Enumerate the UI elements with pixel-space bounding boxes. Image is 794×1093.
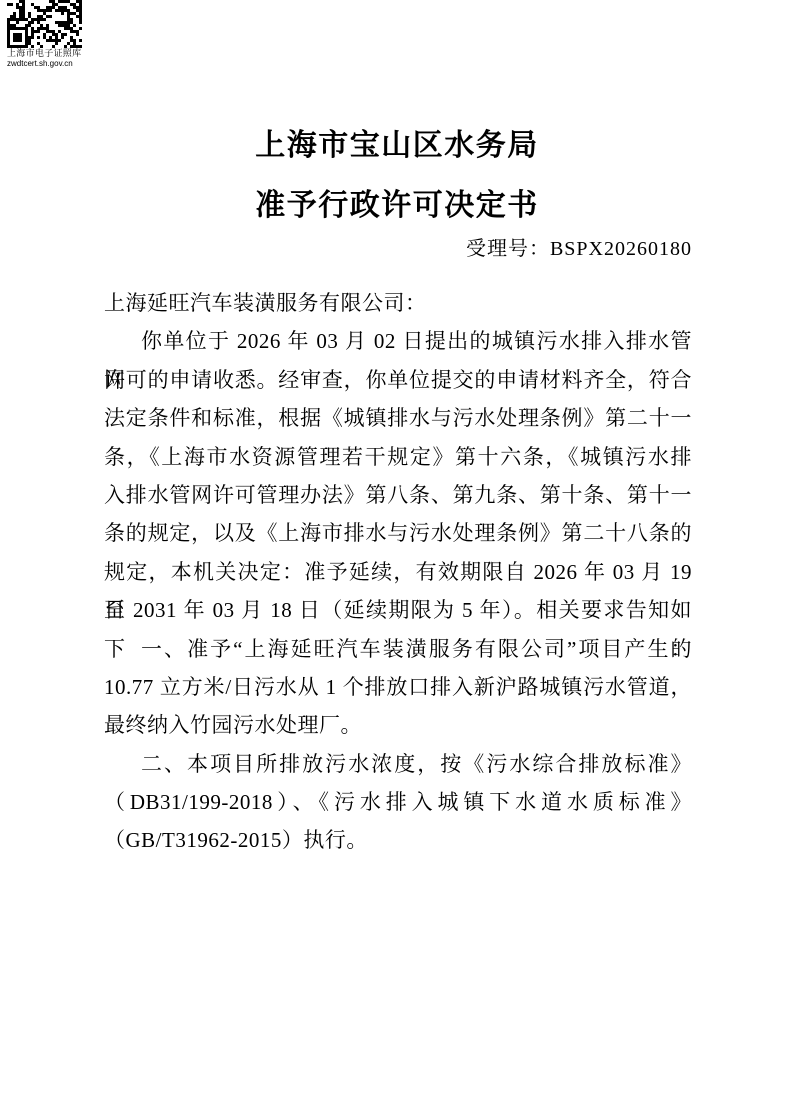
body-line: 法定条件和标准，根据《城镇排水与污水处理条例》第二十一 (104, 399, 692, 437)
body-line-item-2: 二、本项目所排放污水浓度，按《污水综合排放标准》 (104, 745, 692, 783)
body-line: 条的规定，以及《上海市排水与污水处理条例》第二十八条的 (104, 514, 692, 552)
body-line: 规定，本机关决定：准予延续，有效期限自 2026 年 03 月 19 日 (104, 553, 692, 591)
body-line: 入排水管网许可管理办法》第八条、第九条、第十条、第十一 (104, 476, 692, 514)
body-line-salutation: 上海延旺汽车装潢服务有限公司： (104, 284, 692, 322)
body-line: 许可的申请收悉。经审查，你单位提交的申请材料齐全，符合 (104, 361, 692, 399)
document-title-organization: 上海市宝山区水务局 (0, 120, 794, 164)
body-line: 10.77 立方米/日污水从 1 个排放口排入新沪路城镇污水管道， (104, 668, 692, 706)
body-line: （GB/T31962-2015）执行。 (104, 821, 692, 859)
acceptance-number: 受理号：BSPX20260180 (466, 232, 692, 261)
body-line: 你单位于 2026 年 03 月 02 日提出的城镇污水排入排水管网 (104, 322, 692, 360)
qr-caption-text: 上海市电子证照库 (7, 48, 87, 59)
document-body: 上海延旺汽车装潢服务有限公司： 你单位于 2026 年 03 月 02 日提出的… (104, 284, 692, 860)
qr-stamp-block: 上海市电子证照库 zwdtcert.sh.gov.cn (7, 0, 87, 69)
document-title-type: 准予行政许可决定书 (0, 180, 794, 224)
body-line-item-1: 一、准予“上海延旺汽车装潢服务有限公司”项目产生的 (104, 630, 692, 668)
qr-code-icon (7, 0, 82, 48)
body-line: 至 2031 年 03 月 18 日（延续期限为 5 年）。相关要求告知如下： (104, 591, 692, 629)
qr-caption-url: zwdtcert.sh.gov.cn (7, 59, 87, 69)
body-line: 最终纳入竹园污水处理厂。 (104, 706, 692, 744)
body-line: （DB31/199-2018）、《污水排入城镇下水道水质标准》 (104, 783, 692, 821)
document-page: 上海市电子证照库 zwdtcert.sh.gov.cn 上海市宝山区水务局 准予… (0, 0, 794, 1093)
body-line: 条，《上海市水资源管理若干规定》第十六条，《城镇污水排 (104, 438, 692, 476)
